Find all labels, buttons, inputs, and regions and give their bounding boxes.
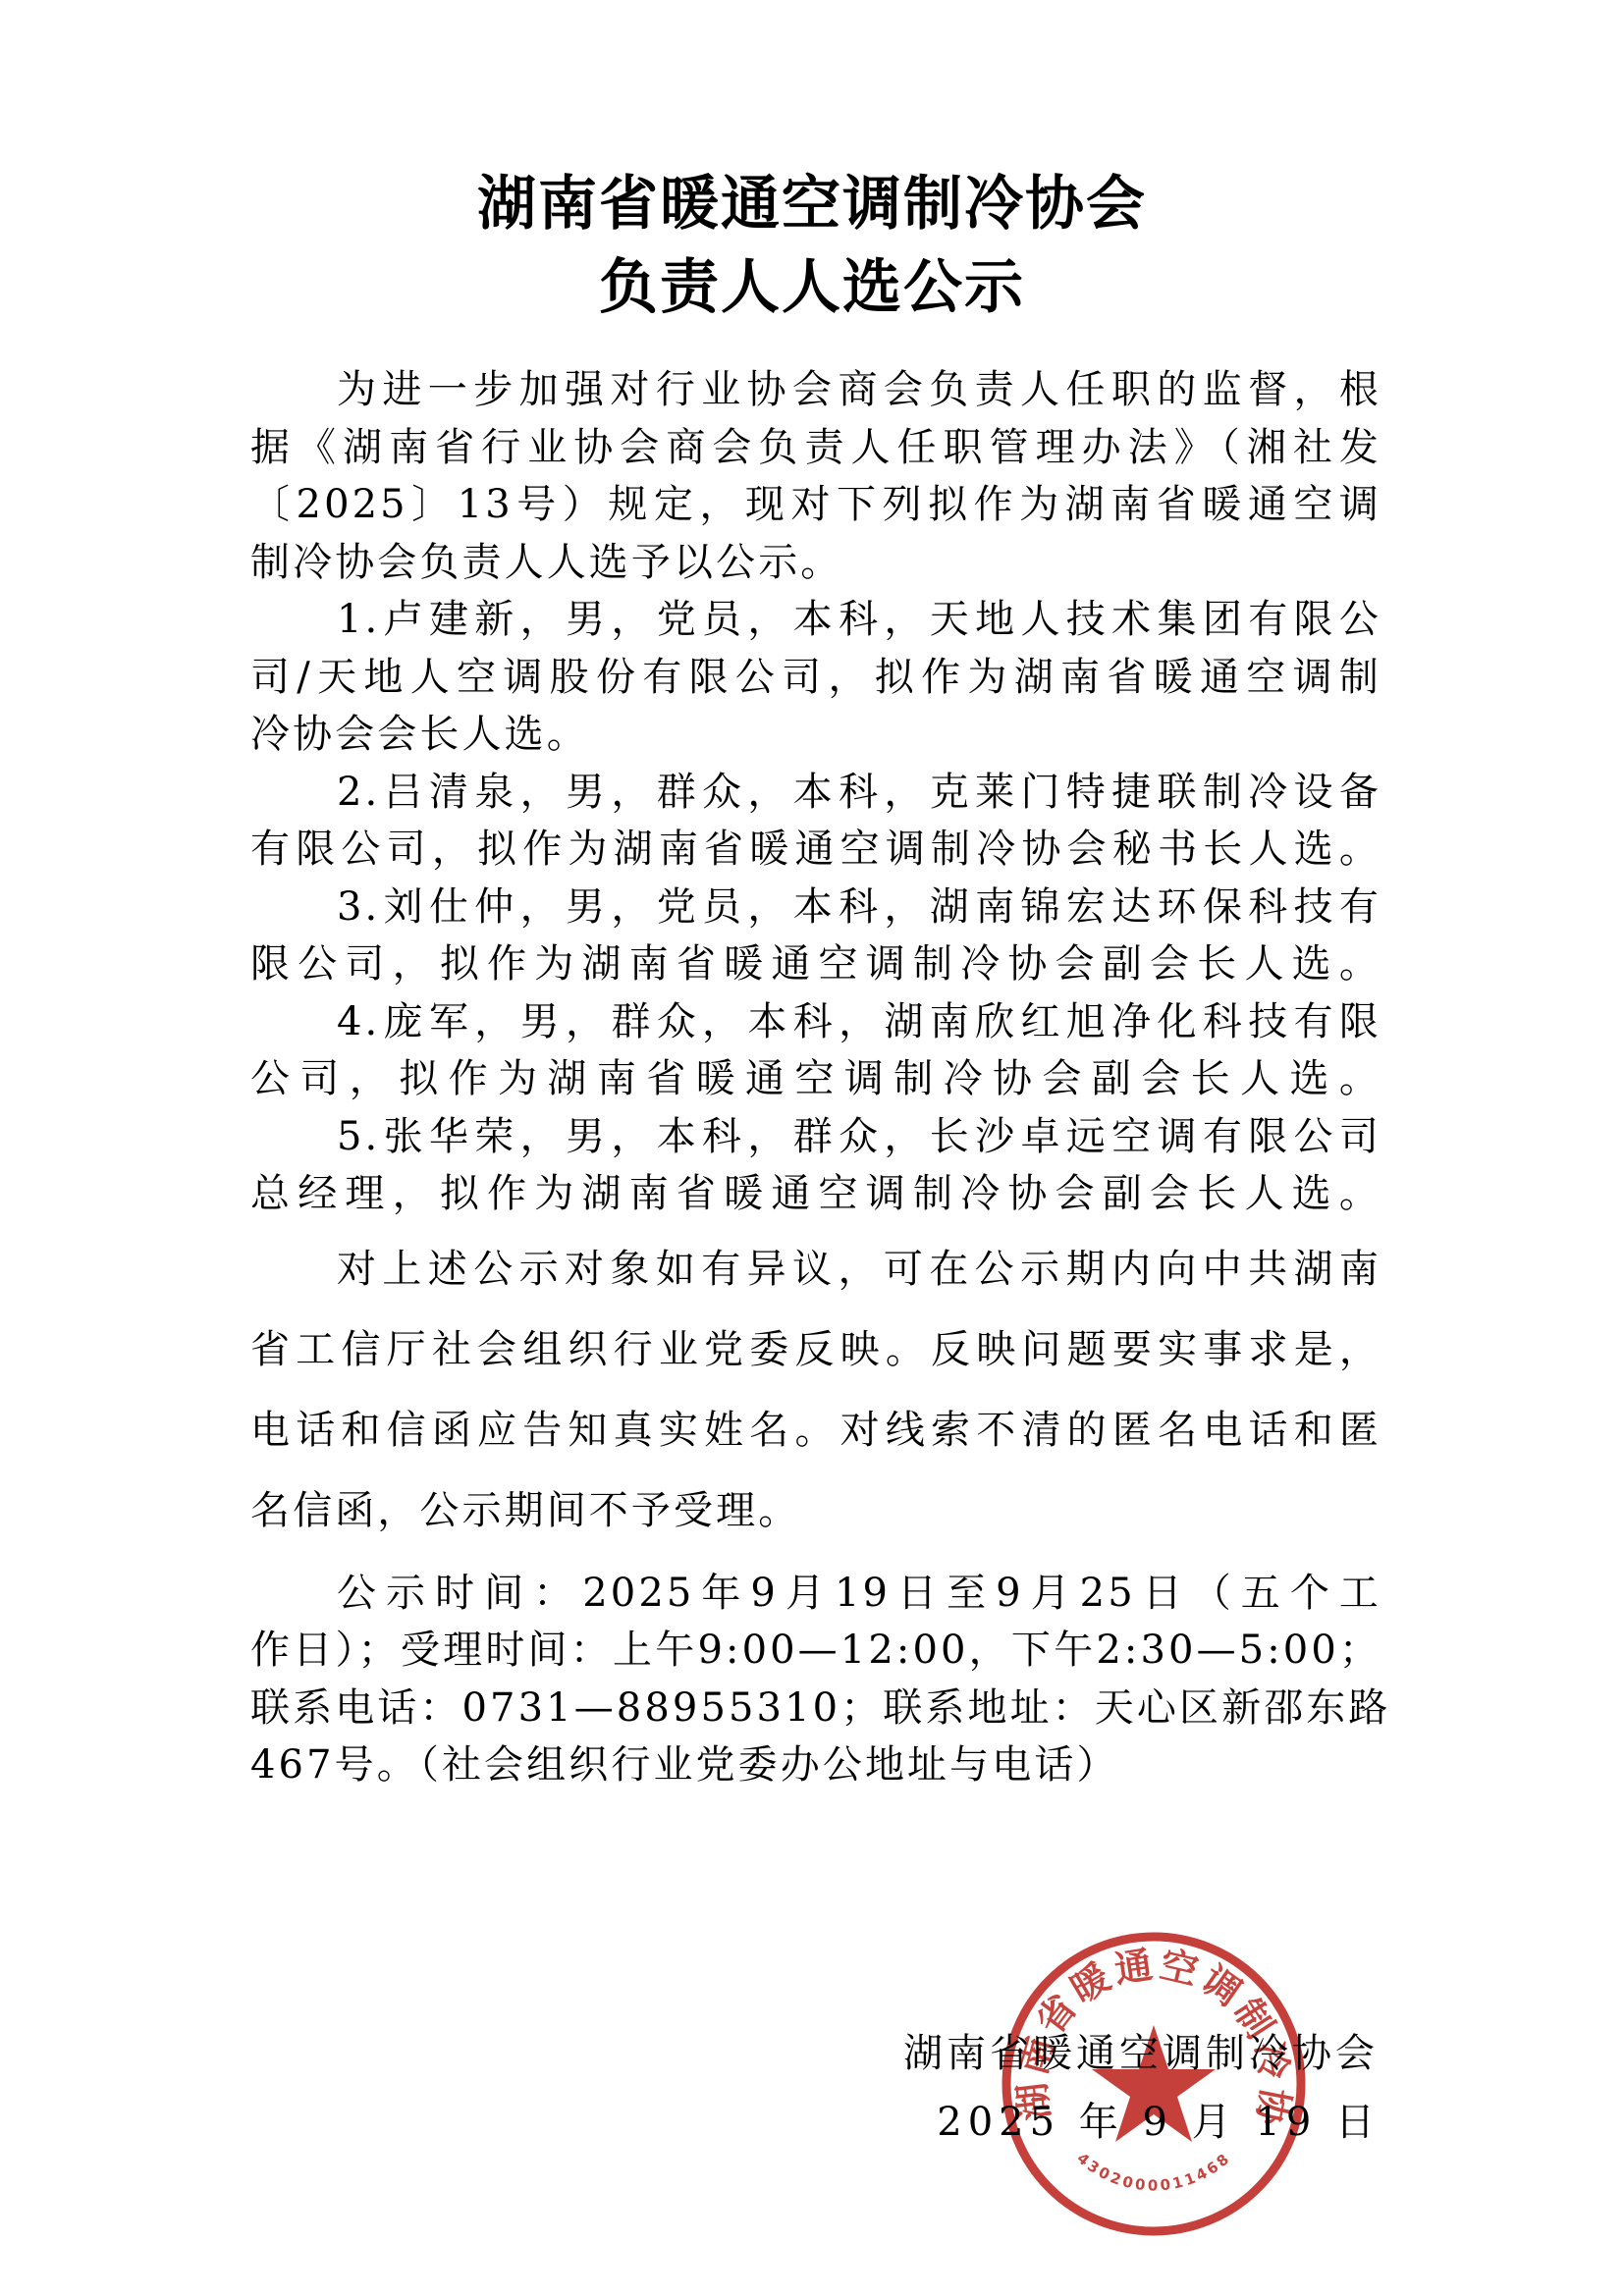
candidate-2: 2.吕清泉，男，群众，本科，克莱门特捷联制冷设备 有限公司，拟作为湖南省暖通空调… bbox=[250, 764, 1381, 879]
svg-text:4302000011468: 4302000011468 bbox=[1073, 2149, 1234, 2195]
text-line: 公示时间：2025年9月19日至9月25日（五个工 bbox=[250, 1565, 1381, 1623]
document-title-line2: 负责人人选公示 bbox=[0, 240, 1624, 325]
candidate-5: 5.张华荣，男，本科，群众，长沙卓远空调有限公司 总经理，拟作为湖南省暖通空调制… bbox=[250, 1108, 1381, 1223]
text-line: 为进一步加强对行业协会商会负责人任职的监督，根 bbox=[250, 361, 1381, 419]
text-line: 制冷协会负责人人选予以公示。 bbox=[250, 534, 1381, 592]
text-line: 据《湖南省行业协会商会负责人任职管理办法》（湘社发 bbox=[250, 419, 1381, 477]
text-line: 司/天地人空调股份有限公司，拟作为湖南省暖通空调制 bbox=[250, 649, 1381, 707]
text-line: 〔2025〕13号）规定，现对下列拟作为湖南省暖通空调 bbox=[250, 476, 1381, 534]
text-line: 作日）；受理时间：上午9:00—12:00，下午2:30—5:00； bbox=[250, 1622, 1381, 1680]
text-line: 4.庞军，男，群众，本科，湖南欣红旭净化科技有限 bbox=[250, 993, 1381, 1051]
text-line: 5.张华荣，男，本科，群众，长沙卓远空调有限公司 bbox=[250, 1108, 1381, 1166]
text-line: 467号。（社会组织行业党委办公地址与电话） bbox=[250, 1736, 1381, 1794]
text-line: 省工信厅社会组织行业党委反映。反映问题要实事求是， bbox=[250, 1309, 1381, 1390]
official-seal-icon: 湖南省暖通空调制冷协会 4302000011468 bbox=[992, 1922, 1316, 2246]
signature-organization: 湖南省暖通空调制冷协会 bbox=[903, 2022, 1379, 2078]
schedule-paragraph: 公示时间：2025年9月19日至9月25日（五个工 作日）；受理时间：上午9:0… bbox=[250, 1565, 1381, 1794]
text-line: 2.吕清泉，男，群众，本科，克莱门特捷联制冷设备 bbox=[250, 764, 1381, 822]
text-line: 冷协会会长人选。 bbox=[250, 706, 1381, 764]
text-line: 联系电话：0731—88955310；联系地址：天心区新邵东路 bbox=[250, 1680, 1381, 1737]
document-body: 为进一步加强对行业协会商会负责人任职的监督，根 据《湖南省行业协会商会负责人任职… bbox=[250, 361, 1381, 1794]
text-line: 电话和信函应告知真实姓名。对线索不清的匿名电话和匿 bbox=[250, 1390, 1381, 1470]
text-line: 有限公司，拟作为湖南省暖通空调制冷协会秘书长人选。 bbox=[250, 821, 1381, 879]
candidate-3: 3.刘仕仲，男，党员，本科，湖南锦宏达环保科技有 限公司，拟作为湖南省暖通空调制… bbox=[250, 879, 1381, 993]
document-title-line1: 湖南省暖通空调制冷协会 bbox=[0, 157, 1624, 241]
text-line: 公司，拟作为湖南省暖通空调制冷协会副会长人选。 bbox=[250, 1050, 1381, 1108]
text-line: 1.卢建新，男，党员，本科，天地人技术集团有限公 bbox=[250, 591, 1381, 649]
objection-paragraph: 对上述公示对象如有异议，可在公示期内向中共湖南 省工信厅社会组织行业党委反映。反… bbox=[250, 1229, 1381, 1551]
text-line: 名信函，公示期间不予受理。 bbox=[250, 1470, 1381, 1551]
text-line: 总经理，拟作为湖南省暖通空调制冷协会副会长人选。 bbox=[250, 1165, 1381, 1223]
text-line: 对上述公示对象如有异议，可在公示期内向中共湖南 bbox=[250, 1229, 1381, 1309]
candidate-1: 1.卢建新，男，党员，本科，天地人技术集团有限公 司/天地人空调股份有限公司，拟… bbox=[250, 591, 1381, 764]
text-line: 限公司，拟作为湖南省暖通空调制冷协会副会长人选。 bbox=[250, 935, 1381, 993]
text-line: 3.刘仕仲，男，党员，本科，湖南锦宏达环保科技有 bbox=[250, 879, 1381, 936]
candidate-4: 4.庞军，男，群众，本科，湖南欣红旭净化科技有限 公司，拟作为湖南省暖通空调制冷… bbox=[250, 993, 1381, 1108]
intro-paragraph: 为进一步加强对行业协会商会负责人任职的监督，根 据《湖南省行业协会商会负责人任职… bbox=[250, 361, 1381, 591]
signature-date: 2025 年 9 月 19 日 bbox=[937, 2091, 1380, 2147]
document-page: 湖南省暖通空调制冷协会 负责人人选公示 为进一步加强对行业协会商会负责人任职的监… bbox=[0, 0, 1624, 2296]
